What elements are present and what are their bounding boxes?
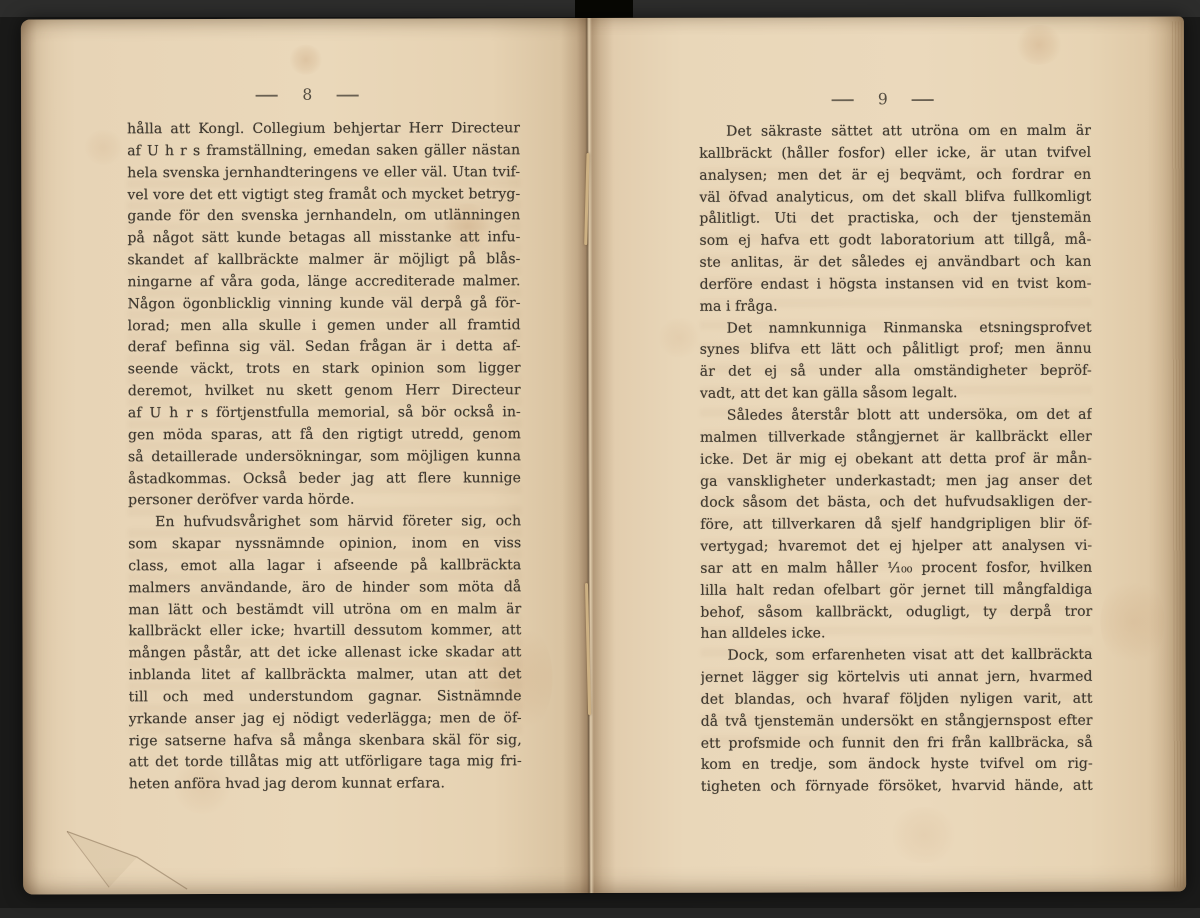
foxing-spot	[889, 807, 959, 863]
dog-ear-crease	[37, 817, 217, 893]
header-dash: —	[830, 89, 856, 108]
foxing-spot	[1015, 25, 1063, 65]
text-line: skandet af kallbräckte malmer är möjligt…	[127, 249, 520, 272]
text-line: är det ej så under alla omständigheter b…	[700, 361, 1092, 384]
text-line: ma i fråga.	[700, 295, 1092, 318]
scanner-background: — 8 — hålla att Kongl. Collegium behjert…	[0, 0, 1200, 918]
text-line: dock såsom det bästa, och det hufvudsakl…	[700, 492, 1092, 515]
text-line: vel vore det ett vigtigt steg framåt och…	[127, 184, 520, 207]
text-line: lorad; men alla skulle i gemen under all…	[128, 315, 521, 338]
page-number-right: 9	[878, 90, 888, 108]
text-line: Således återstår blott att undersöka, om…	[700, 405, 1092, 428]
text-block-left: hålla att Kongl. Collegium behjertar Her…	[127, 118, 522, 796]
text-line: ste anlitas, är det således ej användbar…	[699, 252, 1091, 275]
text-line: sar att en malm håller ¹⁄₁₀₀ procent fos…	[700, 558, 1092, 581]
text-line: vertygad; hvaremot det ej hjelper att an…	[700, 536, 1092, 559]
text-line: man lätt och bestämdt vill utröna om en …	[128, 599, 521, 622]
text-line: ningarne af våra goda, länge accreditera…	[128, 271, 521, 294]
text-line: icke. Det är mig ej obekant att detta pr…	[700, 448, 1092, 471]
page-header-right: — 9 —	[687, 89, 1079, 109]
text-line: seende väckt, trots en stark opinion som…	[128, 358, 521, 381]
text-line: deraf befinna sig väl. Sedan frågan är i…	[128, 337, 521, 360]
text-line: Dock, som erfarenheten visat att det kal…	[700, 645, 1092, 668]
text-line: deremot, hvilket nu skett genom Herr Dir…	[128, 380, 521, 403]
header-dash: —	[255, 85, 281, 104]
text-line: tigheten och förnyade försöket, hvarvid …	[701, 776, 1093, 799]
text-line: Det säkraste sättet att utröna om en mal…	[699, 121, 1091, 144]
text-line: så detaillerade undersökningar, som möjl…	[128, 446, 521, 469]
open-book: — 8 — hålla att Kongl. Collegium behjert…	[21, 16, 1186, 894]
text-line: mången påstår, att det icke allenast ick…	[128, 642, 521, 665]
page-header-left: — 8 —	[111, 84, 504, 104]
text-line: jernet lägger sig körtelvis uti annat je…	[701, 667, 1093, 690]
text-block-right: Det säkraste sättet att utröna om en mal…	[699, 121, 1093, 799]
text-line: class, emot alla lagar i afseende på kal…	[128, 555, 521, 578]
page-left: — 8 — hålla att Kongl. Collegium behjert…	[21, 18, 589, 894]
text-line: till och med understundom gagnar. Sistnä…	[129, 686, 522, 709]
text-line: lilla halt redan ofelbart gör jernet til…	[700, 579, 1092, 602]
text-line: synes blifva ett lätt och pålitligt prof…	[700, 339, 1092, 362]
text-line: ga vanskligheter underkastadt; men jag a…	[700, 470, 1092, 493]
text-line: analysen; men det är ej beqvämt, och for…	[699, 164, 1091, 187]
page-number-left: 8	[302, 86, 312, 104]
text-line: på något sätt kunde betagas all misstank…	[127, 227, 520, 250]
text-line: åstadkommas. Också beder jag att flere k…	[128, 468, 521, 491]
text-line: kallbräckt eller icke; hvartill dessutom…	[128, 621, 521, 644]
text-line: af U h r s framställning, emedan saken g…	[127, 140, 520, 163]
text-line: hela svenska jernhandteringens ve eller …	[127, 162, 520, 185]
foxing-spot	[289, 45, 323, 75]
text-line: kallbräckt (håller fosfor) eller icke, ä…	[699, 143, 1091, 166]
text-line: yrkande anser jag ej nödigt vederlägga; …	[129, 708, 522, 731]
text-line: Någon ögonblicklig vinning kunde väl der…	[128, 293, 521, 316]
text-line: En hufvudsvårighet som härvid företer si…	[128, 511, 521, 534]
scanner-bottom-band	[0, 908, 1200, 918]
text-line: det blandas, och hvaraf följden nyligen …	[701, 689, 1093, 712]
text-line: då två tjenstemän undersökt en stångjern…	[701, 711, 1093, 734]
text-line: före, att tillverkaren då sjelf handgrip…	[700, 514, 1092, 537]
text-line: pålitligt. Uti det practiska, och der tj…	[699, 208, 1091, 231]
text-line: behof, såsom kallbräckt, odugligt, ty de…	[700, 601, 1092, 624]
text-line: att det torde tillåtas mig att utförliga…	[129, 752, 522, 775]
text-line: gande för den svenska jernhandeln, om ut…	[127, 206, 520, 229]
text-line: af U h r s förtjenstfulla memorial, så b…	[128, 402, 521, 425]
text-line: kom en tredje, som ändock hyste tvifvel …	[701, 754, 1093, 777]
text-line: malmen tillverkade stångjernet är kallbr…	[700, 427, 1092, 450]
text-line: som ej hafva ett godt laboratorium att t…	[699, 230, 1091, 253]
text-line: Det namnkunniga Rinmanska etsningsprofve…	[700, 317, 1092, 340]
text-line: heten anföra hvad jag derom kunnat erfar…	[129, 774, 522, 797]
text-line: som skapar nyssnämnde opinion, inom en v…	[128, 533, 521, 556]
foxing-spot	[1100, 577, 1164, 667]
header-dash: —	[335, 85, 361, 104]
text-line: personer deröfver varda hörde.	[128, 490, 521, 513]
page-right: — 9 — Det säkraste sättet att utröna om …	[587, 16, 1186, 893]
header-dash: —	[910, 89, 936, 108]
text-line: vadt, att det kan gälla såsom legalt.	[700, 383, 1092, 406]
text-line: hålla att Kongl. Collegium behjertar Her…	[127, 118, 520, 141]
text-line: rige satserne hafva så många skenbara sk…	[129, 730, 522, 753]
text-line: väl öfvad analyticus, om det skall blifv…	[699, 186, 1091, 209]
text-line: ett profsmide och funnit den fri från ka…	[701, 732, 1093, 755]
text-line: inblanda litet af kallbräckta malmer, ut…	[129, 664, 522, 687]
text-line: han alldeles icke.	[700, 623, 1092, 646]
page-edge-stack	[1172, 21, 1186, 887]
text-line: derföre endast i högsta instansen vid en…	[700, 274, 1092, 297]
foxing-spot	[658, 318, 702, 358]
foxing-spot	[83, 129, 123, 165]
text-line: gen möda sparas, att få den rigtigt utre…	[128, 424, 521, 447]
text-line: malmers användande, äro de hinder som mö…	[128, 577, 521, 600]
